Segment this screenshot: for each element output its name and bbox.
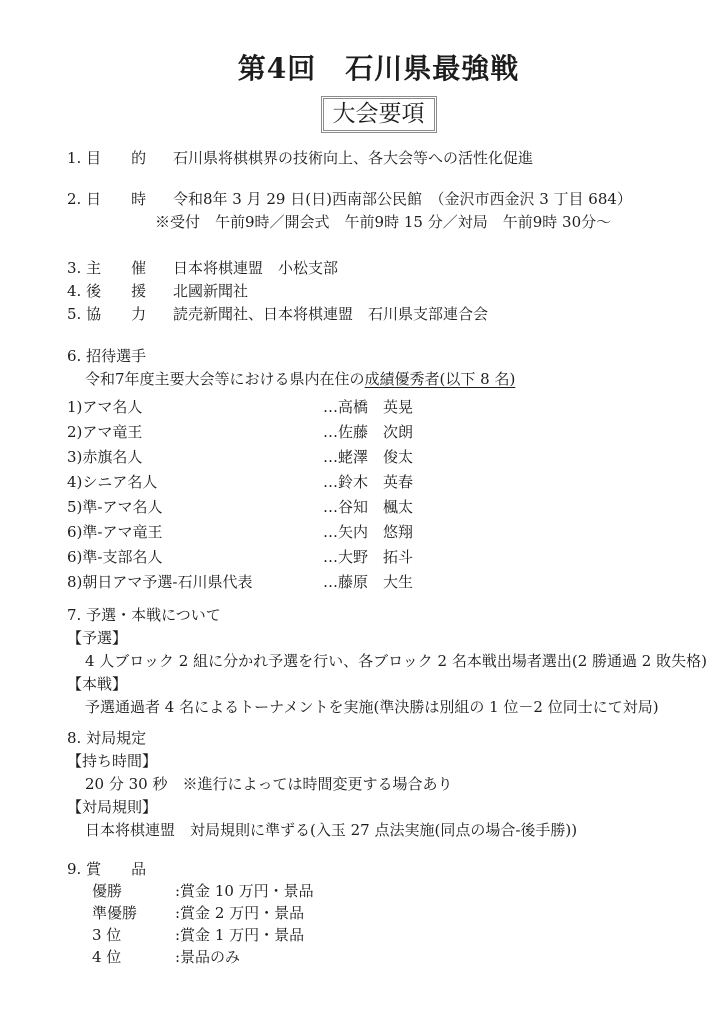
- section-cooperation: 5. 協 力 読売新聞社、日本将棋連盟 石川県支部連合会: [67, 306, 690, 323]
- player-row: 5)準-アマ名人 …谷知 楓太: [67, 499, 690, 516]
- player-name: …鈴木 英春: [323, 474, 413, 491]
- section-prizes-heading: 9. 賞 品: [67, 861, 690, 878]
- player-title: 2)アマ竜王: [67, 424, 323, 441]
- prize-row: 準優勝 :賞金 2 万円・景品: [67, 905, 690, 922]
- section-host-text: 日本将棋連盟 小松支部: [173, 260, 690, 277]
- player-title: 8)朝日アマ予選-石川県代表: [67, 574, 323, 591]
- player-name: …大野 拓斗: [323, 549, 413, 566]
- prize-value: :景品のみ: [175, 949, 240, 966]
- prize-value: :賞金 1 万円・景品: [175, 927, 304, 944]
- rules-time-label: 【持ち時間】: [67, 753, 690, 770]
- prize-row: 3 位 :賞金 1 万円・景品: [67, 927, 690, 944]
- format-main-text: 予選通過者 4 名によるトーナメントを実施(準決勝は別組の 1 位－2 位同士に…: [67, 699, 690, 716]
- section-purpose-label: 1. 目 的: [67, 150, 173, 167]
- section-host: 3. 主 催 日本将棋連盟 小松支部: [67, 260, 690, 277]
- section-cooperation-text: 読売新聞社、日本将棋連盟 石川県支部連合会: [173, 306, 690, 323]
- section-host-label: 3. 主 催: [67, 260, 173, 277]
- prize-rank: 3 位: [92, 927, 175, 944]
- prize-rank: 4 位: [92, 949, 175, 966]
- document-page: 第4回 石川県最強戦 大会要項 1. 目 的 石川県将棋棋界の技術向上、各大会等…: [0, 0, 724, 1024]
- player-row: 2)アマ竜王 …佐藤 次朗: [67, 424, 690, 441]
- section-invited-heading: 6. 招待選手: [67, 348, 690, 365]
- format-qualifier-label: 【予選】: [67, 630, 690, 647]
- section-datetime-note: ※受付 午前9時／開会式 午前9時 15 分／対局 午前9時 30分～: [67, 214, 690, 231]
- player-title: 5)準-アマ名人: [67, 499, 323, 516]
- player-row: 1)アマ名人 …高橋 英晃: [67, 399, 690, 416]
- player-title: 6)準-支部名人: [67, 549, 323, 566]
- player-title: 3)赤旗名人: [67, 449, 323, 466]
- prize-row: 優勝 :賞金 10 万円・景品: [67, 883, 690, 900]
- player-row: 6)準-支部名人 …大野 拓斗: [67, 549, 690, 566]
- section-rules-heading: 8. 対局規定: [67, 730, 690, 747]
- player-name: …高橋 英晃: [323, 399, 413, 416]
- section-datetime-text: 令和8年 3 月 29 日(日)西南部公民館 （金沢市西金沢 3 丁目 684）: [173, 191, 690, 208]
- player-list: 1)アマ名人 …高橋 英晃 2)アマ竜王 …佐藤 次朗 3)赤旗名人 …蛯澤 俊…: [67, 399, 690, 591]
- section-invited-lead: 令和7年度主要大会等における県内在住の成績優秀者(以下 8 名): [67, 371, 690, 388]
- section-support-label: 4. 後 援: [67, 283, 173, 300]
- player-name: …佐藤 次朗: [323, 424, 413, 441]
- prize-value: :賞金 10 万円・景品: [175, 883, 314, 900]
- subtitle-box-container: 大会要項: [67, 96, 690, 133]
- subtitle-box: 大会要項: [321, 96, 437, 133]
- prize-list: 優勝 :賞金 10 万円・景品 準優勝 :賞金 2 万円・景品 3 位 :賞金 …: [67, 883, 690, 966]
- player-name: …蛯澤 俊太: [323, 449, 413, 466]
- prize-rank: 優勝: [92, 883, 175, 900]
- rules-rule-text: 日本将棋連盟 対局規則に準ずる(入玉 27 点法実施(同点の場合-後手勝)): [67, 822, 690, 839]
- player-row: 6)準-アマ竜王 …矢内 悠翔: [67, 524, 690, 541]
- player-name: …谷知 楓太: [323, 499, 413, 516]
- section-purpose: 1. 目 的 石川県将棋棋界の技術向上、各大会等への活性化促進: [67, 150, 690, 167]
- document-title: 第4回 石川県最強戦: [67, 50, 690, 88]
- section-cooperation-label: 5. 協 力: [67, 306, 173, 323]
- player-name: …藤原 大生: [323, 574, 413, 591]
- invited-lead-text: 令和7年度主要大会等における県内在住の: [85, 370, 365, 388]
- format-qualifier-text: 4 人ブロック 2 組に分かれ予選を行い、各ブロック 2 名本戦出場者選出(2 …: [67, 653, 690, 670]
- prize-rank: 準優勝: [92, 905, 175, 922]
- player-title: 6)準-アマ竜王: [67, 524, 323, 541]
- section-datetime-label: 2. 日 時: [67, 191, 173, 208]
- format-main-label: 【本戦】: [67, 676, 690, 693]
- prize-value: :賞金 2 万円・景品: [175, 905, 304, 922]
- player-row: 4)シニア名人 …鈴木 英春: [67, 474, 690, 491]
- rules-rule-label: 【対局規則】: [67, 799, 690, 816]
- rules-time-text: 20 分 30 秒 ※進行によっては時間変更する場合あり: [67, 776, 690, 793]
- player-title: 1)アマ名人: [67, 399, 323, 416]
- section-support: 4. 後 援 北國新聞社: [67, 283, 690, 300]
- player-name: …矢内 悠翔: [323, 524, 413, 541]
- section-format-heading: 7. 予選・本戦について: [67, 607, 690, 624]
- player-row: 3)赤旗名人 …蛯澤 俊太: [67, 449, 690, 466]
- section-support-text: 北國新聞社: [173, 283, 690, 300]
- player-row: 8)朝日アマ予選-石川県代表 …藤原 大生: [67, 574, 690, 591]
- section-datetime: 2. 日 時 令和8年 3 月 29 日(日)西南部公民館 （金沢市西金沢 3 …: [67, 191, 690, 208]
- invited-lead-underlined: 成績優秀者(以下 8 名): [365, 370, 516, 388]
- player-title: 4)シニア名人: [67, 474, 323, 491]
- prize-row: 4 位 :景品のみ: [67, 949, 690, 966]
- section-purpose-text: 石川県将棋棋界の技術向上、各大会等への活性化促進: [173, 150, 690, 167]
